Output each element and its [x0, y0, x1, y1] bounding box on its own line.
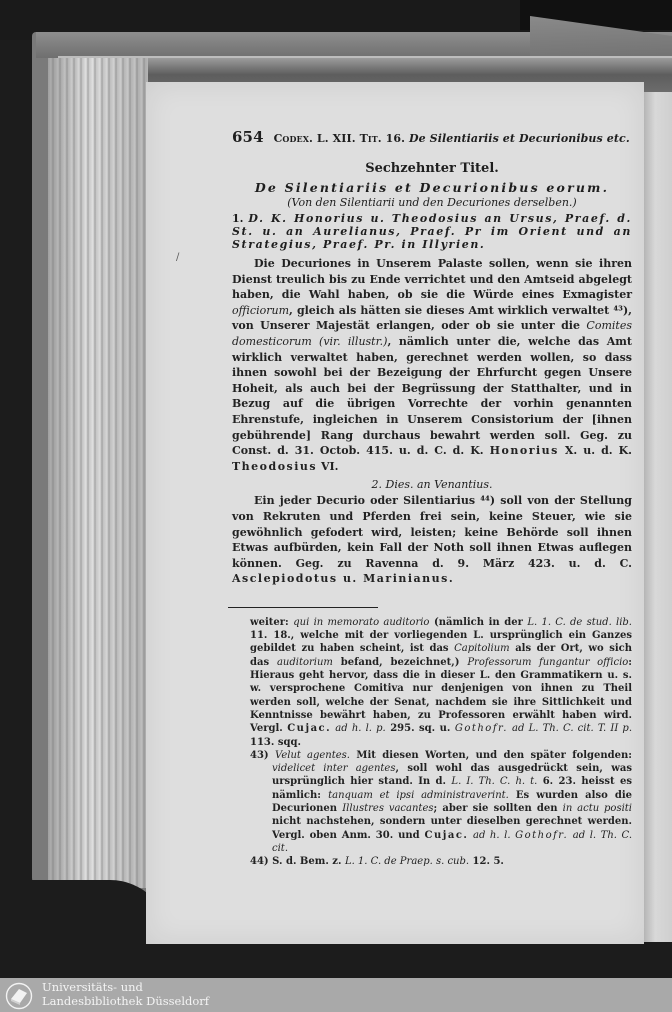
lex2-text: Ein jeder Decurio oder Silentiarius ⁴⁴) …	[232, 494, 632, 569]
fn-text: (nämlich in der	[429, 617, 527, 628]
page-stack-shade	[48, 58, 148, 888]
page-number: 654	[232, 128, 264, 146]
fn-text: ; aber sie sollten den	[434, 803, 563, 814]
author-name: Cujac.	[425, 830, 469, 841]
library-name-line2: Landesbibliothek Düsseldorf	[42, 994, 209, 1008]
margin-mark: /	[176, 252, 184, 254]
lex1-text: Die Decuriones in Unserem Palaste sollen…	[232, 257, 632, 301]
author-name: Gothofr.	[515, 830, 568, 841]
fn-italic: L. I. Th. C. h. t.	[451, 776, 537, 787]
fn-italic: ad L. Th. C. cit. T. II p.	[508, 723, 632, 734]
fn-italic: L. 1. C. de Praep. s. cub.	[345, 856, 469, 867]
library-name-line1: Universitäts- und	[42, 980, 209, 994]
lex1-heading: 1. D. K. Honorius u. Theodosius an Ursus…	[232, 212, 632, 251]
facing-page-edge	[644, 92, 672, 942]
footnote-44: 44) S. d. Bem. z. L. 1. C. de Praep. s. …	[250, 855, 632, 868]
lex1-text: , nämlich unter die, welche das Amt wirk…	[232, 335, 632, 457]
fn-text: Mit diesen Worten, und den später folgen…	[350, 750, 632, 761]
running-head: 654 Codex. L. XII. Tit. 16. De Silentiar…	[232, 128, 632, 146]
lex1-text: VI.	[317, 460, 338, 473]
fn-text: weiter:	[250, 617, 293, 628]
running-head-codex: Codex. L. XII. Tit. 16.	[274, 132, 405, 145]
footnote-continuation: weiter: qui in memorato auditorio (nämli…	[250, 616, 632, 749]
lex1-heading-text: D. K. Honorius u. Theodosius an Ursus, P…	[232, 212, 632, 251]
fn-italic: Capitolium	[454, 643, 510, 654]
fn-italic: Velut agentes.	[275, 750, 350, 761]
latin-subtitle: De Silentiariis et Decurionibus eorum.	[232, 180, 632, 195]
emperor-name: Honorius	[490, 444, 559, 457]
fn-italic: videlicet inter agentes	[272, 763, 395, 774]
fn-italic: auditorium	[277, 657, 333, 668]
lex1-body: Die Decuriones in Unserem Palaste sollen…	[232, 256, 632, 474]
section-title: Sechzehnter Titel.	[232, 161, 632, 176]
fn-italic: in actu positi	[563, 803, 632, 814]
fn-italic: ad h. l. p.	[331, 723, 386, 734]
author-name: Gothofr.	[455, 723, 508, 734]
lex1-italic: officiorum	[232, 304, 289, 317]
page-content: 654 Codex. L. XII. Tit. 16. De Silentiar…	[232, 128, 632, 869]
consul-names: Asclepiodotus u. Marinianus.	[232, 572, 454, 585]
fn-number: 44)	[250, 856, 272, 867]
fn-number: 43)	[250, 750, 275, 761]
german-subtitle: (Von den Silentiarii und den Decuriones …	[232, 196, 632, 209]
fn-italic: Professorum fungantur officio	[467, 657, 628, 668]
fn-italic: tanquam et ipsi administraverint.	[328, 790, 509, 801]
emperor-name: Theodosius	[232, 460, 317, 473]
fn-italic: ad h. l.	[468, 830, 515, 841]
author-name: Cujac.	[287, 723, 331, 734]
lex2-body: Ein jeder Decurio oder Silentiarius ⁴⁴) …	[232, 493, 632, 587]
footnotes: weiter: qui in memorato auditorio (nämli…	[250, 616, 632, 869]
fn-text: befand, bezeichnet,)	[333, 657, 467, 668]
footnote-43: 43) Velut agentes. Mit diesen Worten, un…	[250, 749, 632, 855]
lex1-text: X. u. d. K.	[559, 444, 632, 457]
fn-italic: qui in memorato auditorio	[293, 617, 429, 628]
book-icon	[4, 982, 34, 1010]
running-head-title: De Silentiariis et Decurionibus etc.	[409, 132, 630, 145]
fn-text: S. d. Bem. z.	[272, 856, 345, 867]
fn-text: 295. sq. u.	[386, 723, 455, 734]
fn-text: 113. sqq.	[250, 737, 301, 748]
background-bottom	[0, 945, 672, 975]
footnote-rule	[228, 607, 378, 608]
lex1-number: 1.	[232, 212, 243, 225]
library-name: Universitäts- und Landesbibliothek Düsse…	[42, 980, 209, 1008]
lex2-heading: 2. Dies. an Venantius.	[232, 478, 632, 491]
fn-italic: Illustres vacantes	[342, 803, 433, 814]
fn-text: 12. 5.	[469, 856, 504, 867]
lex1-text: , gleich als hätten sie dieses Amt wirkl…	[232, 304, 632, 333]
fn-italic: L. 1. C. de stud. lib.	[527, 617, 632, 628]
